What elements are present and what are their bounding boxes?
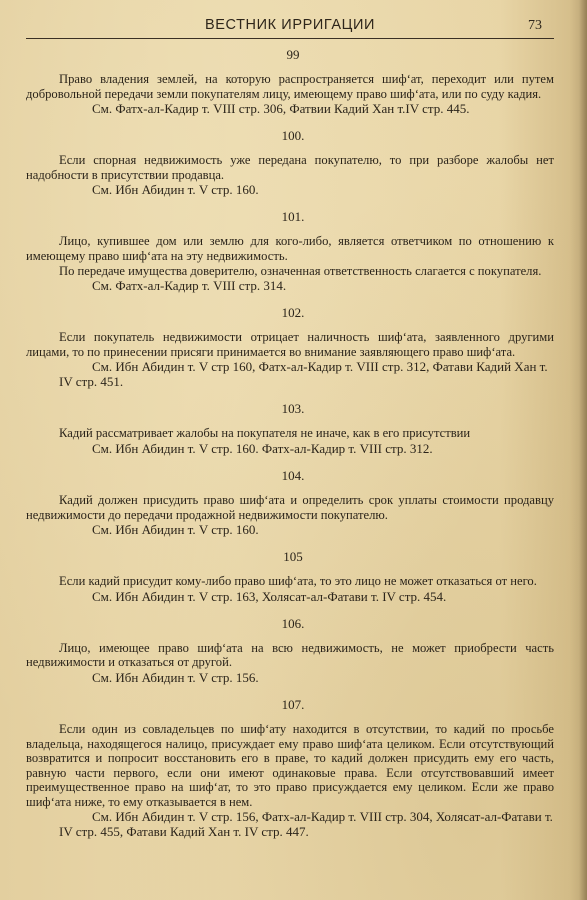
page-content: 99 Право владения землей, на которую рас… — [26, 47, 554, 839]
article-number: 103. — [26, 401, 554, 417]
article-reference: См. Фатх-ал-Кадир т. VIII стр. 306, Фатв… — [26, 101, 554, 116]
article-reference: См. Фатх-ал-Кадир т. VIII стр. 314. — [26, 278, 554, 293]
article-106: 106. Лицо, имеющее право шиф‘ата на всю … — [26, 616, 554, 685]
article-number: 105 — [26, 549, 554, 565]
article-number: 101. — [26, 209, 554, 225]
article-number: 107. — [26, 697, 554, 713]
article-text: Если кадий присудит кому-либо право шиф‘… — [26, 574, 554, 589]
article-number: 102. — [26, 305, 554, 321]
article-reference: См. Ибн Абидин т. V стр. 160. Фатх-ал-Ка… — [26, 441, 554, 456]
article-103: 103. Кадий рассматривает жалобы на покуп… — [26, 401, 554, 456]
article-102: 102. Если покупатель недвижимости отрица… — [26, 305, 554, 389]
article-number: 104. — [26, 468, 554, 484]
article-number: 100. — [26, 128, 554, 144]
page-edge-shadow — [579, 0, 587, 900]
article-reference: См. Ибн Абидин т. V стр 160, Фатх-ал-Кад… — [26, 359, 554, 389]
article-text: Кадий должен присудить право шиф‘ата и о… — [26, 493, 554, 522]
article-text: По передаче имущества доверителю, означе… — [26, 264, 554, 279]
article-reference: См. Ибн Абидин т. V стр. 156, Фатх-ал-Ка… — [26, 809, 554, 839]
article-text: Право владения землей, на которую распро… — [26, 72, 554, 101]
article-105: 105 Если кадий присудит кому-либо право … — [26, 549, 554, 604]
article-100: 100. Если спорная недвижимость уже перед… — [26, 128, 554, 197]
article-reference: См. Ибн Абидин т. V стр. 160. — [26, 522, 554, 537]
article-104: 104. Кадий должен присудить право шиф‘ат… — [26, 468, 554, 537]
article-number: 99 — [26, 47, 554, 63]
article-reference: См. Ибн Абидин т. V стр. 156. — [26, 670, 554, 685]
document-page: ВЕСТНИК ИРРИГАЦИИ 73 99 Право владения з… — [0, 0, 587, 900]
article-text: Лицо, имеющее право шиф‘ата на всю недви… — [26, 641, 554, 670]
article-101: 101. Лицо, купившее дом или землю для ко… — [26, 209, 554, 293]
article-reference: См. Ибн Абидин т. V стр. 163, Холясат-ал… — [26, 589, 554, 604]
page-number: 73 — [528, 18, 542, 34]
article-text: Если покупатель недвижимости отрицает на… — [26, 330, 554, 359]
page-header: ВЕСТНИК ИРРИГАЦИИ 73 — [26, 14, 554, 39]
article-107: 107. Если один из совладельцев по шиф‘ат… — [26, 697, 554, 840]
article-text: Лицо, купившее дом или землю для кого-ли… — [26, 234, 554, 263]
article-text: Если один из совладельцев по шиф‘ату нах… — [26, 722, 554, 810]
article-text: Кадий рассматривает жалобы на покупателя… — [26, 426, 554, 441]
article-reference: См. Ибн Абидин т. V стр. 160. — [26, 182, 554, 197]
article-text: Если спорная недвижимость уже передана п… — [26, 153, 554, 182]
running-title: ВЕСТНИК ИРРИГАЦИИ — [26, 17, 554, 33]
article-99: 99 Право владения землей, на которую рас… — [26, 47, 554, 116]
article-number: 106. — [26, 616, 554, 632]
